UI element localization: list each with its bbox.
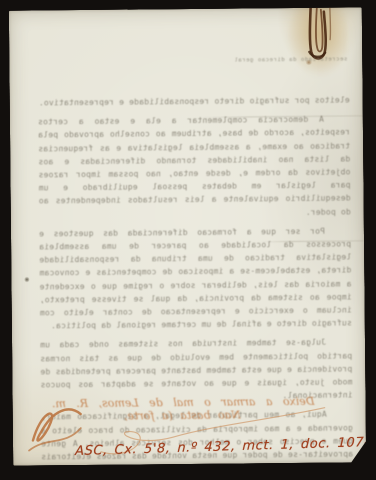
letterhead-showthrough: secretariado da direcao geral: [235, 56, 347, 63]
ink-fleck: [24, 277, 29, 283]
document-page: secretariado da direcao geral eleitos po…: [9, 7, 366, 465]
showthrough-paragraph: A democracia complementar a ela e estao …: [38, 113, 351, 222]
showthrough-paragraph: eleitos por sufragio direto responsabili…: [38, 93, 350, 109]
showthrough-paragraph: Por ser que a formacao diferenciada das …: [39, 224, 352, 333]
